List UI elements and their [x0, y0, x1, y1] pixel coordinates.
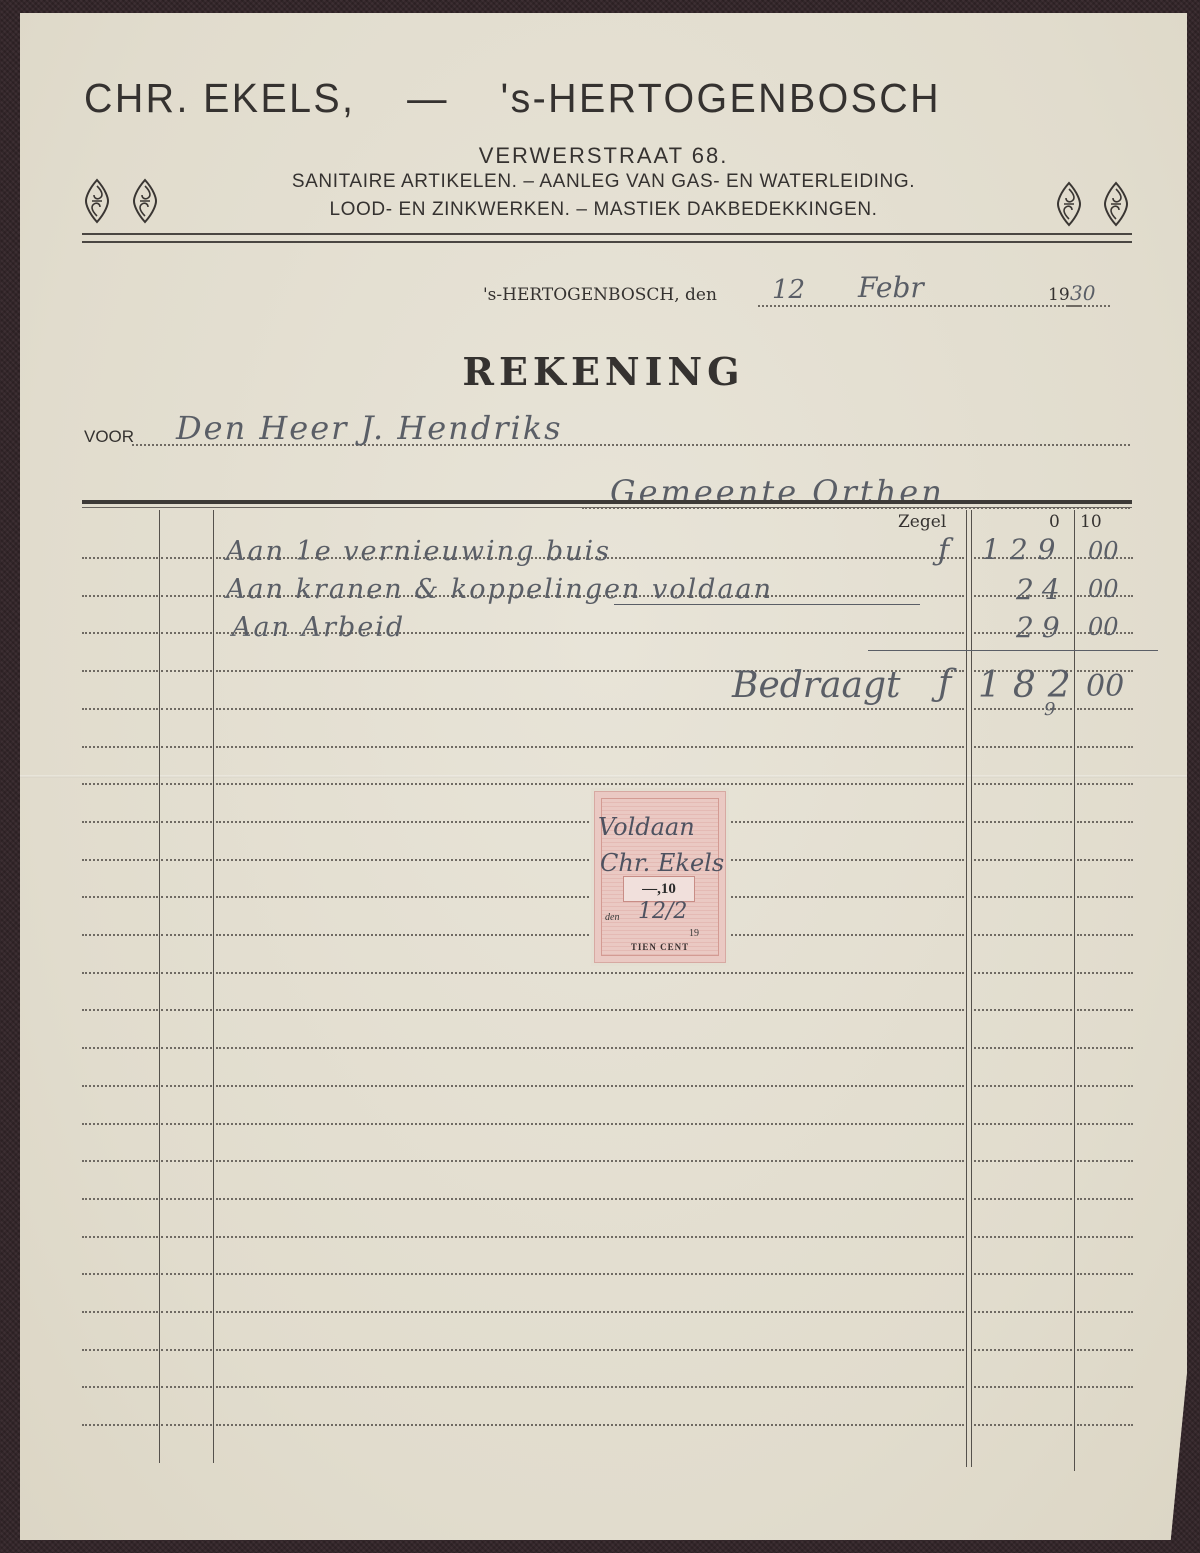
sum-underline	[868, 650, 1158, 651]
ruled-dotted-line	[161, 708, 212, 710]
ruled-dotted-line	[161, 1123, 212, 1125]
ruled-dotted-line	[216, 1047, 964, 1049]
ruled-dotted-line	[161, 783, 212, 785]
letterhead-divider	[82, 233, 1132, 243]
item-cents: 00	[1088, 613, 1119, 641]
item-guilders: 29	[1016, 611, 1068, 644]
ruled-dotted-line	[974, 896, 1072, 898]
ruled-dotted-line	[974, 1424, 1072, 1426]
ruled-dotted-line	[1077, 896, 1133, 898]
ruled-dotted-line	[161, 1424, 212, 1426]
ruled-dotted-line	[82, 1311, 158, 1313]
scroll-ornament-icon	[1056, 181, 1082, 227]
column-divider	[213, 510, 214, 1463]
ruled-dotted-line	[974, 1386, 1072, 1388]
ruled-dotted-line	[161, 1386, 212, 1388]
ruled-dotted-line	[82, 1047, 158, 1049]
ruled-dotted-line	[1077, 1047, 1133, 1049]
stamp-handwritten-voldaan: Voldaan	[598, 813, 695, 841]
year-dotted-line	[1068, 305, 1110, 307]
total-guilders: 182	[978, 665, 1083, 706]
ruled-dotted-line	[974, 1273, 1072, 1275]
column-divider-double	[966, 510, 967, 1467]
header-zegel: Zegel	[898, 512, 946, 532]
date-month: Febr	[858, 271, 924, 304]
company-city: 's-HERTOGENBOSCH	[501, 75, 941, 121]
ruled-dotted-line	[82, 1009, 158, 1011]
recipient-place: Gemeente Orthen	[610, 473, 945, 511]
ruled-dotted-line	[1077, 1085, 1133, 1087]
total-currency: ƒ	[938, 663, 951, 704]
ruled-dotted-line	[161, 1236, 212, 1238]
header-dash: —	[407, 75, 449, 121]
ruled-dotted-line	[216, 1236, 964, 1238]
ruled-dotted-line	[161, 1009, 212, 1011]
ruled-dotted-line	[82, 670, 158, 672]
table-top-rule	[82, 500, 1132, 504]
ruled-dotted-line	[216, 859, 964, 861]
ruled-dotted-line	[1077, 1424, 1133, 1426]
ruled-dotted-line	[161, 934, 212, 936]
ruled-dotted-line	[161, 1085, 212, 1087]
ruled-dotted-line	[161, 1047, 212, 1049]
ruled-dotted-line	[1077, 1273, 1133, 1275]
ruled-dotted-line	[974, 1160, 1072, 1162]
item-cents: 00	[1088, 575, 1119, 603]
ruled-dotted-line	[974, 1198, 1072, 1200]
scroll-ornament-icon	[84, 178, 110, 224]
date-dotted-line	[758, 305, 1080, 307]
ruled-dotted-line	[82, 595, 158, 597]
ruled-dotted-line	[1077, 1123, 1133, 1125]
ruled-dotted-line	[161, 746, 212, 748]
item-currency: ƒ	[938, 533, 949, 568]
ruled-dotted-line	[1077, 708, 1133, 710]
total-cents: 00	[1086, 669, 1124, 704]
item-strikethrough	[614, 604, 920, 605]
ruled-dotted-line	[82, 1273, 158, 1275]
ruled-dotted-line	[974, 1236, 1072, 1238]
trade-line-2: LOOD- EN ZINKWERKEN. – MASTIEK DAKBEDEKK…	[20, 199, 1187, 221]
stamp-footer: TIEN CENT	[595, 942, 725, 952]
date-place: 's-HERTOGENBOSCH, den	[483, 285, 717, 305]
ruled-dotted-line	[82, 783, 158, 785]
ruled-dotted-line	[216, 1424, 964, 1426]
ruled-dotted-line	[216, 1386, 964, 1388]
item-description: Aan 1e vernieuwing buis	[226, 536, 611, 567]
ruled-dotted-line	[161, 670, 212, 672]
ruled-dotted-line	[216, 1085, 964, 1087]
recipient-name: Den Heer J. Hendriks	[176, 409, 563, 447]
ruled-dotted-line	[161, 632, 212, 634]
ruled-dotted-line	[161, 1198, 212, 1200]
ruled-dotted-line	[82, 557, 158, 559]
ruled-dotted-line	[1077, 1198, 1133, 1200]
ruled-dotted-line	[216, 1273, 964, 1275]
item-cents: 00	[1088, 537, 1119, 565]
ruled-dotted-line	[974, 1085, 1072, 1087]
recipient-label: VOOR	[84, 427, 134, 447]
company-header: CHR. EKELS, — 's-HERTOGENBOSCH	[84, 75, 941, 122]
date-line: 's-HERTOGENBOSCH, den	[483, 285, 717, 305]
ruled-dotted-line	[1077, 859, 1133, 861]
stamp-handwritten-signature: Chr. Ekels	[600, 849, 724, 877]
ruled-dotted-line	[974, 746, 1072, 748]
ruled-dotted-line	[82, 1198, 158, 1200]
ruled-dotted-line	[974, 783, 1072, 785]
ruled-dotted-line	[216, 1198, 964, 1200]
stamp-year-print: 19	[689, 928, 699, 939]
ruled-dotted-line	[161, 1311, 212, 1313]
invoice-title: REKENING	[20, 349, 1187, 394]
ruled-dotted-line	[1077, 1160, 1133, 1162]
trade-line-1: SANITAIRE ARTIKELEN. – AANLEG VAN GAS- E…	[20, 171, 1187, 193]
ruled-dotted-line	[974, 859, 1072, 861]
ruled-dotted-line	[974, 972, 1072, 974]
ruled-dotted-line	[974, 934, 1072, 936]
scroll-ornament-icon	[132, 178, 158, 224]
year-prefix: 19	[1048, 285, 1070, 305]
ruled-dotted-line	[216, 746, 964, 748]
ruled-dotted-line	[161, 1160, 212, 1162]
ruled-dotted-line	[82, 746, 158, 748]
table-top-thin-rule	[82, 507, 1132, 508]
ruled-dotted-line	[216, 821, 964, 823]
column-divider	[1074, 510, 1075, 1471]
ruled-dotted-line	[82, 972, 158, 974]
ruled-dotted-line	[216, 1311, 964, 1313]
stamp-handwritten-date: 12/2	[638, 899, 687, 924]
ruled-dotted-line	[974, 1123, 1072, 1125]
ruled-dotted-line	[82, 896, 158, 898]
ruled-dotted-line	[974, 708, 1072, 710]
ruled-dotted-line	[161, 859, 212, 861]
invoice-paper: CHR. EKELS, — 's-HERTOGENBOSCH VERWERSTR…	[20, 13, 1187, 1540]
ruled-dotted-line	[161, 1349, 212, 1351]
ruled-dotted-line	[161, 896, 212, 898]
ruled-dotted-line	[82, 1349, 158, 1351]
ruled-dotted-line	[161, 821, 212, 823]
item-guilders: 24	[1016, 573, 1068, 606]
ruled-dotted-line	[82, 1085, 158, 1087]
ruled-dotted-line	[161, 972, 212, 974]
ruled-dotted-line	[216, 1160, 964, 1162]
ruled-dotted-line	[974, 821, 1072, 823]
column-divider	[159, 510, 160, 1463]
ruled-dotted-line	[1077, 972, 1133, 974]
ruled-dotted-line	[161, 1273, 212, 1275]
company-street: VERWERSTRAAT 68.	[20, 143, 1187, 169]
ruled-dotted-line	[1077, 1386, 1133, 1388]
ruled-dotted-line	[82, 708, 158, 710]
ruled-dotted-line	[974, 1349, 1072, 1351]
total-note: 9	[1044, 699, 1055, 720]
ruled-dotted-line	[216, 708, 964, 710]
ruled-dotted-line	[1077, 821, 1133, 823]
ruled-dotted-line	[1077, 1311, 1133, 1313]
ruled-dotted-line	[1077, 1009, 1133, 1011]
ruled-dotted-line	[1077, 1349, 1133, 1351]
ruled-dotted-line	[216, 783, 964, 785]
header-cents: 10	[1080, 512, 1102, 532]
ruled-dotted-line	[1077, 934, 1133, 936]
total-label: Bedraagt	[732, 665, 900, 706]
ruled-dotted-line	[216, 1123, 964, 1125]
ruled-dotted-line	[216, 1349, 964, 1351]
ruled-dotted-line	[161, 595, 212, 597]
item-description: Aan Arbeid	[232, 612, 405, 643]
header-guilders: 0	[1049, 512, 1060, 532]
item-description: Aan kranen & koppelingen voldaan	[226, 574, 773, 605]
ruled-dotted-line	[82, 1236, 158, 1238]
year-suffix: 30	[1070, 281, 1095, 305]
ruled-dotted-line	[82, 934, 158, 936]
stamp-den-label: den	[605, 912, 619, 923]
paper-fold	[20, 775, 1187, 778]
scroll-ornament-icon	[1103, 181, 1129, 227]
ruled-dotted-line	[82, 1123, 158, 1125]
ruled-dotted-line	[82, 821, 158, 823]
ruled-dotted-line	[216, 934, 964, 936]
ruled-dotted-line	[974, 1009, 1072, 1011]
ruled-dotted-line	[216, 896, 964, 898]
ruled-dotted-line	[216, 1009, 964, 1011]
ruled-dotted-line	[82, 1424, 158, 1426]
ruled-dotted-line	[974, 1311, 1072, 1313]
ruled-dotted-line	[161, 557, 212, 559]
ruled-dotted-line	[1077, 1236, 1133, 1238]
ruled-dotted-line	[1077, 746, 1133, 748]
company-name: CHR. EKELS,	[84, 75, 355, 121]
item-guilders: 129	[982, 533, 1065, 566]
ruled-dotted-line	[82, 1160, 158, 1162]
ruled-dotted-line	[82, 1386, 158, 1388]
ruled-dotted-line	[82, 859, 158, 861]
column-divider-double	[971, 510, 972, 1467]
ruled-dotted-line	[216, 972, 964, 974]
ruled-dotted-line	[974, 1047, 1072, 1049]
ruled-dotted-line	[82, 632, 158, 634]
ruled-dotted-line	[1077, 783, 1133, 785]
date-day: 12	[772, 275, 805, 305]
